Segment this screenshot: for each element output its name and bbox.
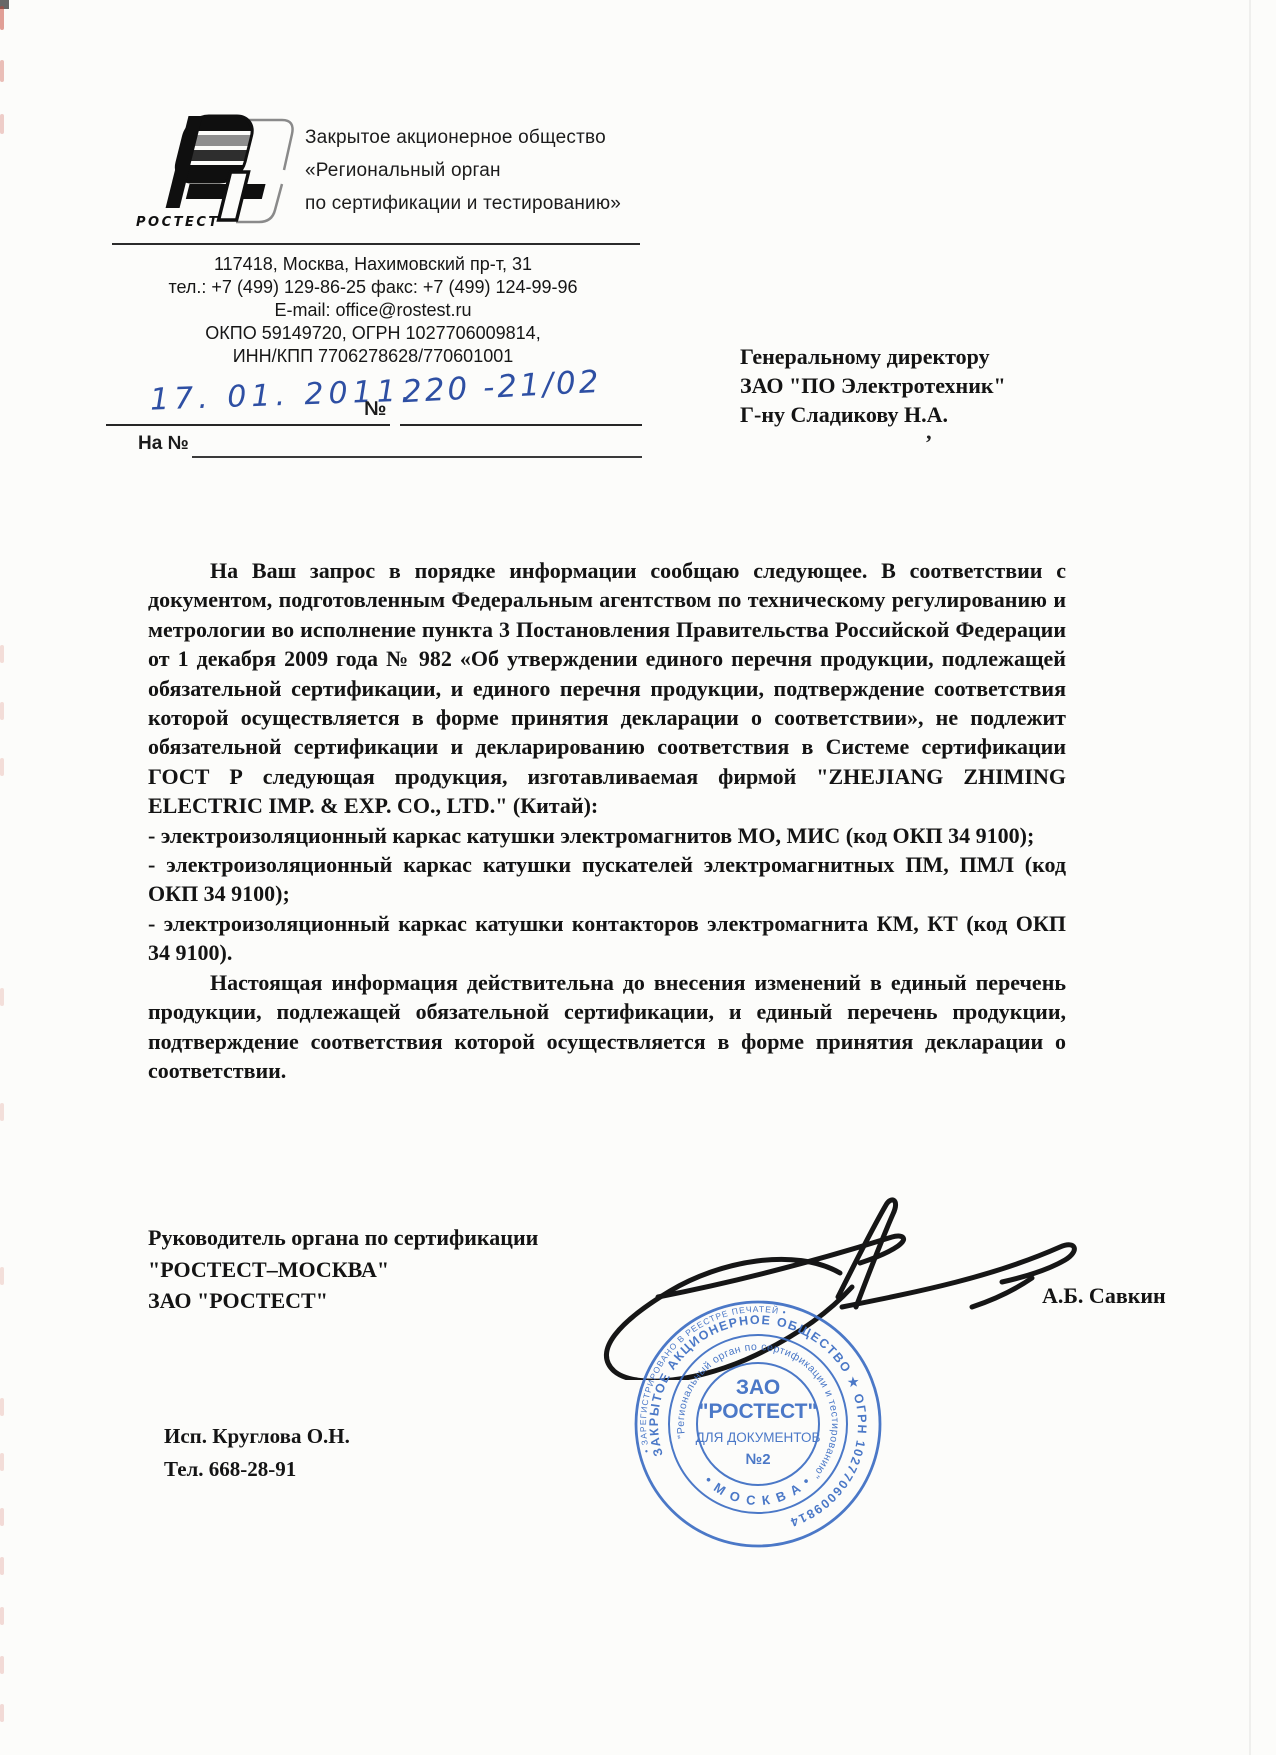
executor-line: Исп. Круглова О.Н.	[164, 1420, 350, 1453]
scan-artifact	[0, 645, 4, 663]
scan-artifact	[0, 1656, 4, 1674]
scan-artifact	[0, 988, 4, 1006]
date-underline	[106, 424, 390, 426]
signatory-title-line: ЗАО "РОСТЕСТ"	[148, 1285, 538, 1317]
scan-artifact	[0, 1508, 4, 1526]
logo-wordmark: РОСТЕСТ	[136, 215, 220, 230]
letter-page: РОСТЕСТ Закрытое акционерное общество «Р…	[0, 0, 1276, 1755]
scan-artifact	[0, 1557, 4, 1575]
body-list-item: - электроизоляционный каркас катушки пус…	[148, 850, 1066, 909]
stray-pen-mark: ’	[925, 430, 932, 456]
recipient-line: Генеральному директору	[740, 342, 1006, 371]
company-name-block: Закрытое акционерное общество «Региональ…	[305, 121, 621, 220]
company-name-line: по сертификации и тестированию»	[305, 187, 621, 220]
scan-artifact	[0, 1398, 4, 1416]
header-divider	[112, 243, 640, 245]
stamp-company-ring-text: ЗАКРЫТОЕ АКЦИОНЕРНОЕ ОБЩЕСТВО ★ ОГРН 102…	[628, 1294, 888, 1554]
body-list-item: - электроизоляционный каркас катушки кон…	[148, 909, 1066, 968]
stamp-center-zao: ЗАО	[736, 1376, 780, 1399]
scan-artifact	[0, 1607, 4, 1625]
svg-text:ЗАКРЫТОЕ АКЦИОНЕРНОЕ ОБЩЕСТВО: ЗАКРЫТОЕ АКЦИОНЕРНОЕ ОБЩЕСТВО ★ ОГРН 102…	[628, 1294, 888, 1554]
company-name-line: Закрытое акционерное общество	[305, 121, 621, 154]
number-underline	[400, 424, 642, 426]
scan-artifact	[0, 702, 4, 720]
number-sign-label: №	[364, 398, 386, 421]
scan-artifact	[0, 6, 4, 30]
signatory-title-line: "РОСТЕСТ–МОСКВА"	[148, 1254, 538, 1286]
reply-to-label: На №	[138, 433, 189, 455]
reply-underline	[192, 456, 642, 458]
scan-artifact	[0, 1453, 4, 1471]
recipient-block: Генеральному директору ЗАО "ПО Электроте…	[740, 342, 1006, 429]
stamp-middle-circle	[669, 1335, 847, 1513]
company-name-line: «Региональный орган	[305, 154, 621, 187]
scan-artifact	[0, 60, 4, 82]
executor-line: Тел. 668-28-91	[164, 1453, 350, 1486]
stamp-center-number: №2	[745, 1451, 770, 1468]
stamp-center-for-documents: ДЛЯ ДОКУМЕНТОВ	[696, 1430, 821, 1445]
handwritten-outgoing-number: 220 -21/02	[401, 364, 602, 410]
address-line: 117418, Москва, Нахимовский пр-т, 31	[95, 253, 651, 276]
logo-monogram	[159, 116, 283, 220]
scan-artifact	[0, 1704, 4, 1722]
stamp-center-rostest: "РОСТЕСТ"	[699, 1400, 818, 1423]
body-list-item: - электроизоляционный каркас катушки эле…	[148, 821, 1066, 850]
signatory-title-block: Руководитель органа по сертификации "РОС…	[148, 1222, 538, 1317]
address-line: тел.: +7 (499) 129-86-25 факс: +7 (499) …	[95, 276, 651, 299]
address-line: E-mail: office@rostest.ru	[95, 299, 651, 322]
executor-block: Исп. Круглова О.Н. Тел. 668-28-91	[164, 1420, 350, 1486]
stamp-outer-circle	[636, 1302, 880, 1546]
address-line: ОКПО 59149720, ОГРН 1027706009814,	[95, 322, 651, 345]
rostest-logo: РОСТЕСТ	[132, 110, 302, 230]
body-paragraph: Настоящая информация действительна до вн…	[148, 968, 1066, 1086]
scan-artifact	[0, 1267, 4, 1285]
scan-artifact	[0, 1103, 4, 1121]
recipient-line: Г-ну Сладикову Н.А.	[740, 400, 1006, 429]
body-paragraph: На Ваш запрос в порядке информации сообщ…	[148, 556, 1066, 821]
letter-body: На Ваш запрос в порядке информации сообщ…	[148, 556, 1066, 1085]
scan-artifact	[0, 758, 4, 776]
scan-artifact	[0, 114, 4, 134]
scan-edge-line	[1249, 0, 1251, 1755]
company-round-stamp: • ЗАРЕГИСТРИРОВАНО В РЕЕСТРЕ ПЕЧАТЕЙ • З…	[628, 1294, 888, 1554]
signatory-title-line: Руководитель органа по сертификации	[148, 1222, 538, 1254]
address-block: 117418, Москва, Нахимовский пр-т, 31 тел…	[95, 253, 651, 368]
recipient-line: ЗАО "ПО Электротехник"	[740, 371, 1006, 400]
